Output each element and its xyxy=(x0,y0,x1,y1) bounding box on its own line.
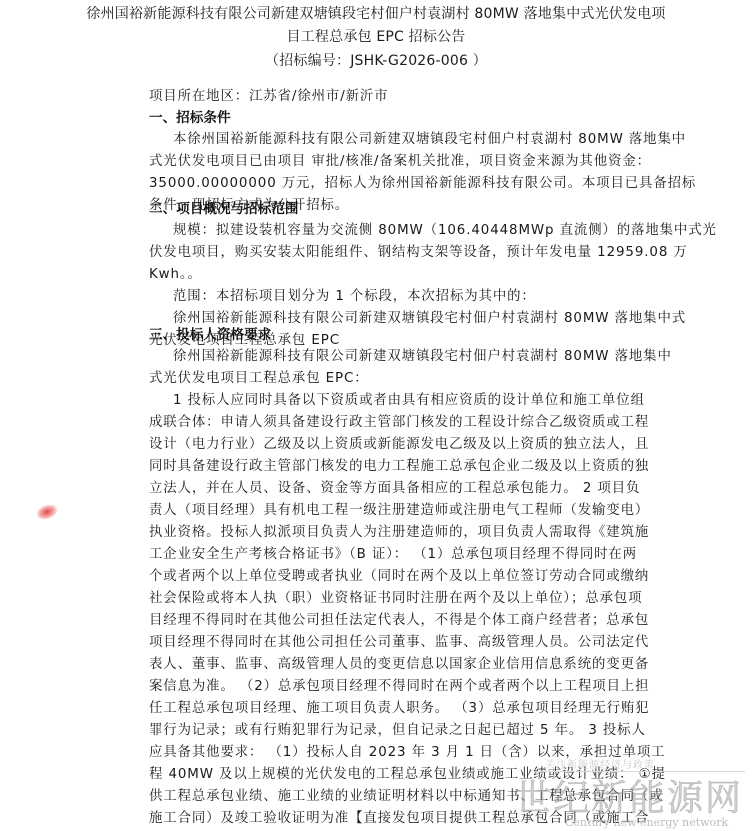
paragraph-line: 应具备其他要求： （1）投标人自 2023 年 3 月 1 日（含）以来，承担过… xyxy=(149,743,665,763)
paragraph-line: 社会保险或将本人执（职）业资格证书同时注册在两个及以上单位）；总承包项 xyxy=(149,589,642,609)
paragraph-line: 1 投标人应同时具备以下资质或者由具有相应资质的设计单位和施工单位组 xyxy=(173,391,645,411)
project-location: 项目所在地区：江苏省/徐州市/新沂市 xyxy=(149,87,388,107)
paragraph-line: 立法人，并在人员、设备、资金等方面具备相应的工程总承包能力。 2 项目负 xyxy=(149,479,640,499)
paragraph-line: 罪行为记录；或有行贿犯罪行为记录，但自记录之日起已超过 5 年。 3 投标人 xyxy=(149,721,646,741)
document-title-line-2: 目工程总承包 EPC 招标公告 xyxy=(0,26,752,46)
paragraph-line: 徐州国裕新能源科技有限公司新建双塘镇段宅村佃户村袁湖村 80MW 落地集中 xyxy=(173,347,672,367)
paragraph-line: 式光伏发电项目工程总承包 EPC： xyxy=(149,369,369,389)
paragraph-line: 目经理不得同时在其他公司担任法定代表人，不得是个体工商户经营者；总承包 xyxy=(149,611,649,631)
paragraph-line: 程 40MW 及以上规模的光伏发电的工程总承包业绩或施工业绩或设计业绩： ①提 xyxy=(149,765,666,785)
paragraph-line: 供工程总承包业绩、施工业绩的业绩证明材料以中标通知书、工程总承包合同（或 xyxy=(149,787,663,807)
paragraph-line: 本徐州国裕新能源科技有限公司新建双塘镇段宅村佃户村袁湖村 80MW 落地集中 xyxy=(173,130,686,150)
tender-announcement-page: 徐州国裕新能源科技有限公司新建双塘镇段宅村佃户村袁湖村 80MW 落地集中式光伏… xyxy=(0,0,752,831)
paragraph-line: 设计（电力行业）乙级及以上资质或新能源发电乙级及以上资质的独立法人，且 xyxy=(149,435,649,455)
paragraph-line: 35000.00000000 万元，招标人为徐州国裕新能源科技有限公司。本项目已… xyxy=(149,174,696,194)
paragraph-line: 执业资格。投标人拟派项目负责人为注册建造师的，项目负责人需取得《建筑施 xyxy=(149,523,649,543)
document-title-line-1: 徐州国裕新能源科技有限公司新建双塘镇段宅村佃户村袁湖村 80MW 落地集中式光伏… xyxy=(0,3,752,23)
red-stamp-mark xyxy=(34,502,59,523)
paragraph-line: 工企业安全生产考核合格证书》（B 证）： （1）总承包项目经理不得同时在两 xyxy=(149,545,637,565)
paragraph-line: 同时具备建设行政主管部门核发的电力工程施工总承包企业二级及以上资质的独 xyxy=(149,457,649,477)
paragraph-line: 规模：拟建设装机容量为交流侧 80MW（106.40448MWp 直流侧）的落地… xyxy=(173,221,717,241)
paragraph-line: 伏发电项目，购买安装太阳能组件、钢结构支架等设备，预计年发电量 12959.08… xyxy=(149,243,688,263)
section-heading-project-overview: 二、项目概况与招标范围 xyxy=(149,199,299,219)
tender-number: （招标编号：JSHK-G2026-006 ） xyxy=(0,50,752,70)
section-heading-bidder-qualifications: 三、投标人资格要求 xyxy=(149,325,271,345)
paragraph-line: 项目经理不得同时在其他公司担任公司董事、监事、高级管理人员。公司法定代 xyxy=(149,633,649,653)
paragraph-line: 范围：本招标项目划分为 1 个标段，本次招标为其中的： xyxy=(173,287,536,307)
paragraph-line: 任工程总承包项目经理、施工项目负责人职务。 （3）总承包项目经理无行贿犯 xyxy=(149,699,649,719)
paragraph-line: 案信息为准。 （2）总承包项目经理不得同时在两个或者两个以上工程项目上担 xyxy=(149,677,649,697)
paragraph-line: 式光伏发电项目已由项目 审批/核准/备案机关批准，项目资金来源为其他资金： xyxy=(149,152,651,172)
paragraph-line: Kwh。。 xyxy=(149,265,202,285)
paragraph-line: 施工合同）及竣工验收证明为准【直接发包项目提供工程总承包合同（或施工合 xyxy=(149,809,649,829)
paragraph-line: 责人（项目经理）具有机电工程一级注册建造师或注册电气工程师（发输变电） xyxy=(149,501,649,521)
paragraph-line: 表人、董事、监事、高级管理人员的变更信息以国家企业信用信息系统的变更备 xyxy=(149,655,649,675)
paragraph-line: 成联合体：申请人须具备建设行政主管部门核发的工程设计综合乙级资质或工程 xyxy=(149,413,649,433)
paragraph-line: 个或者两个以上单位受聘或者执业（同时在两个及以上单位签订劳动合同或缴纳 xyxy=(149,567,649,587)
section-heading-tender-conditions: 一、招标条件 xyxy=(149,108,231,128)
